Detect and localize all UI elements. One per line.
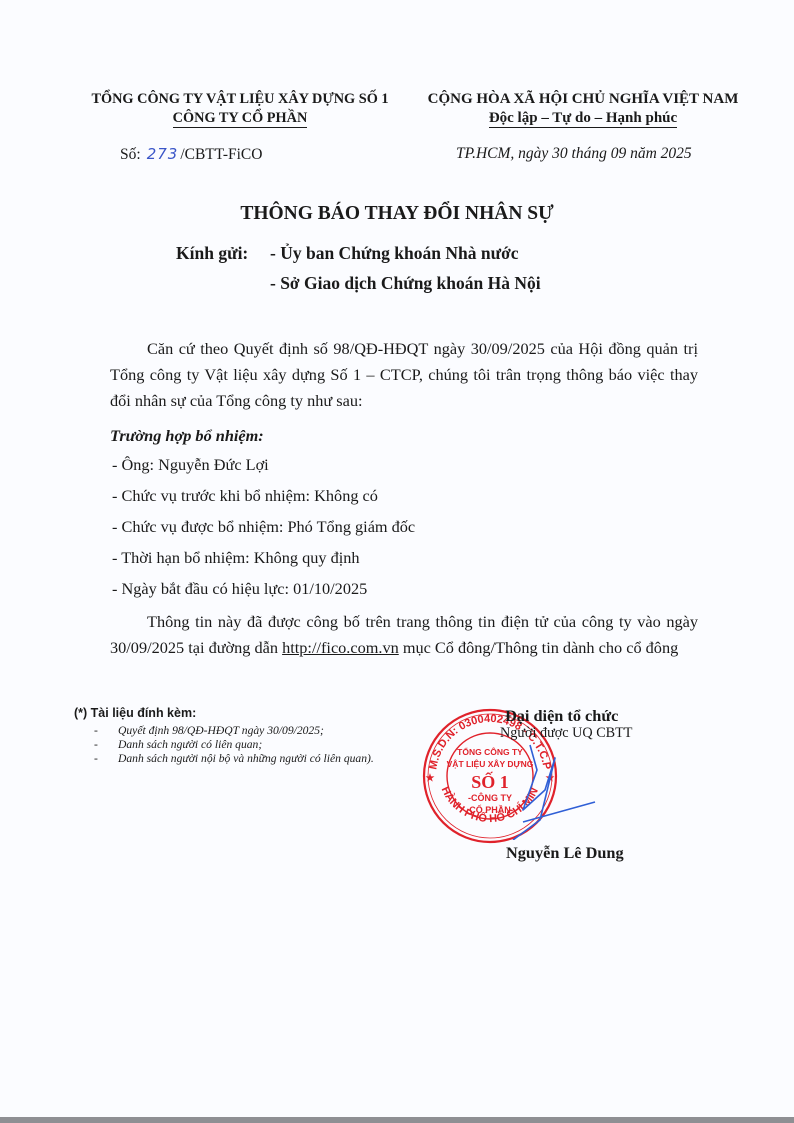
attachment-text: Quyết định 98/QĐ-HĐQT ngày 30/09/2025; — [118, 724, 324, 738]
organization-header: TỔNG CÔNG TY VẬT LIỆU XÂY DỰNG SỐ 1 CÔNG… — [70, 90, 410, 128]
attachment-item: -Quyết định 98/QĐ-HĐQT ngày 30/09/2025; — [94, 724, 374, 738]
detail-item: - Ngày bắt đầu có hiệu lực: 01/10/2025 — [112, 579, 367, 599]
signature-title: Đại diện tổ chức — [505, 706, 618, 726]
org-name: CÔNG TY CỔ PHẦN — [173, 110, 308, 128]
signer-name: Nguyễn Lê Dung — [506, 843, 624, 863]
number-label: Số: — [120, 146, 141, 163]
number-suffix: /CBTT-FiCO — [180, 146, 262, 163]
place-date: TP.HCM, ngày 30 tháng 09 năm 2025 — [456, 145, 692, 163]
company-website-link[interactable]: http://fico.com.vn — [282, 638, 399, 657]
intro-text: Căn cứ theo Quyết định số 98/QĐ-HĐQT ngà… — [110, 336, 698, 414]
attachment-item: -Danh sách người nội bộ và những người c… — [94, 752, 374, 766]
detail-item: - Ông: Nguyễn Đức Lợi — [112, 455, 269, 475]
closing-paragraph: Thông tin này đã được công bố trên trang… — [110, 609, 698, 661]
intro-paragraph: Căn cứ theo Quyết định số 98/QĐ-HĐQT ngà… — [110, 336, 698, 414]
detail-item: - Chức vụ trước khi bổ nhiệm: Không có — [112, 486, 378, 506]
recipient-item: - Ủy ban Chứng khoán Nhà nước — [270, 243, 519, 264]
attachments-title: (*) Tài liệu đính kèm: — [74, 706, 196, 720]
handwritten-signature-icon — [485, 730, 605, 840]
case-title: Trường hợp bổ nhiệm: — [110, 426, 264, 446]
attachment-text: Danh sách người nội bộ và những người có… — [118, 752, 374, 766]
attachment-item: -Danh sách người có liên quan; — [94, 738, 374, 752]
nation-title: CỘNG HÒA XÃ HỘI CHỦ NGHĨA VIỆT NAM — [408, 90, 758, 109]
document-title: THÔNG BÁO THAY ĐỔI NHÂN SỰ — [0, 203, 794, 225]
attachments-list: -Quyết định 98/QĐ-HĐQT ngày 30/09/2025; … — [94, 724, 374, 766]
detail-item: - Thời hạn bổ nhiệm: Không quy định — [112, 548, 360, 568]
attachment-text: Danh sách người có liên quan; — [118, 738, 262, 752]
nation-motto: Độc lập – Tự do – Hạnh phúc — [489, 110, 677, 128]
document-number: Số:273/CBTT-FiCO — [120, 145, 262, 164]
national-header: CỘNG HÒA XÃ HỘI CHỦ NGHĨA VIỆT NAM Độc l… — [408, 90, 758, 128]
closing-text: Thông tin này đã được công bố trên trang… — [110, 609, 698, 661]
recipient-item: - Sở Giao dịch Chứng khoán Hà Nội — [270, 273, 541, 294]
detail-item: - Chức vụ được bổ nhiệm: Phó Tổng giám đ… — [112, 517, 415, 537]
handwritten-number: 273 — [147, 145, 179, 163]
svg-text:★: ★ — [426, 773, 435, 784]
recipients-label: Kính gửi: — [176, 243, 248, 264]
closing-text-end: mục Cổ đông/Thông tin dành cho cổ đông — [399, 638, 678, 657]
scan-edge — [0, 1117, 794, 1123]
parent-org-name: TỔNG CÔNG TY VẬT LIỆU XÂY DỰNG SỐ 1 — [70, 90, 410, 109]
